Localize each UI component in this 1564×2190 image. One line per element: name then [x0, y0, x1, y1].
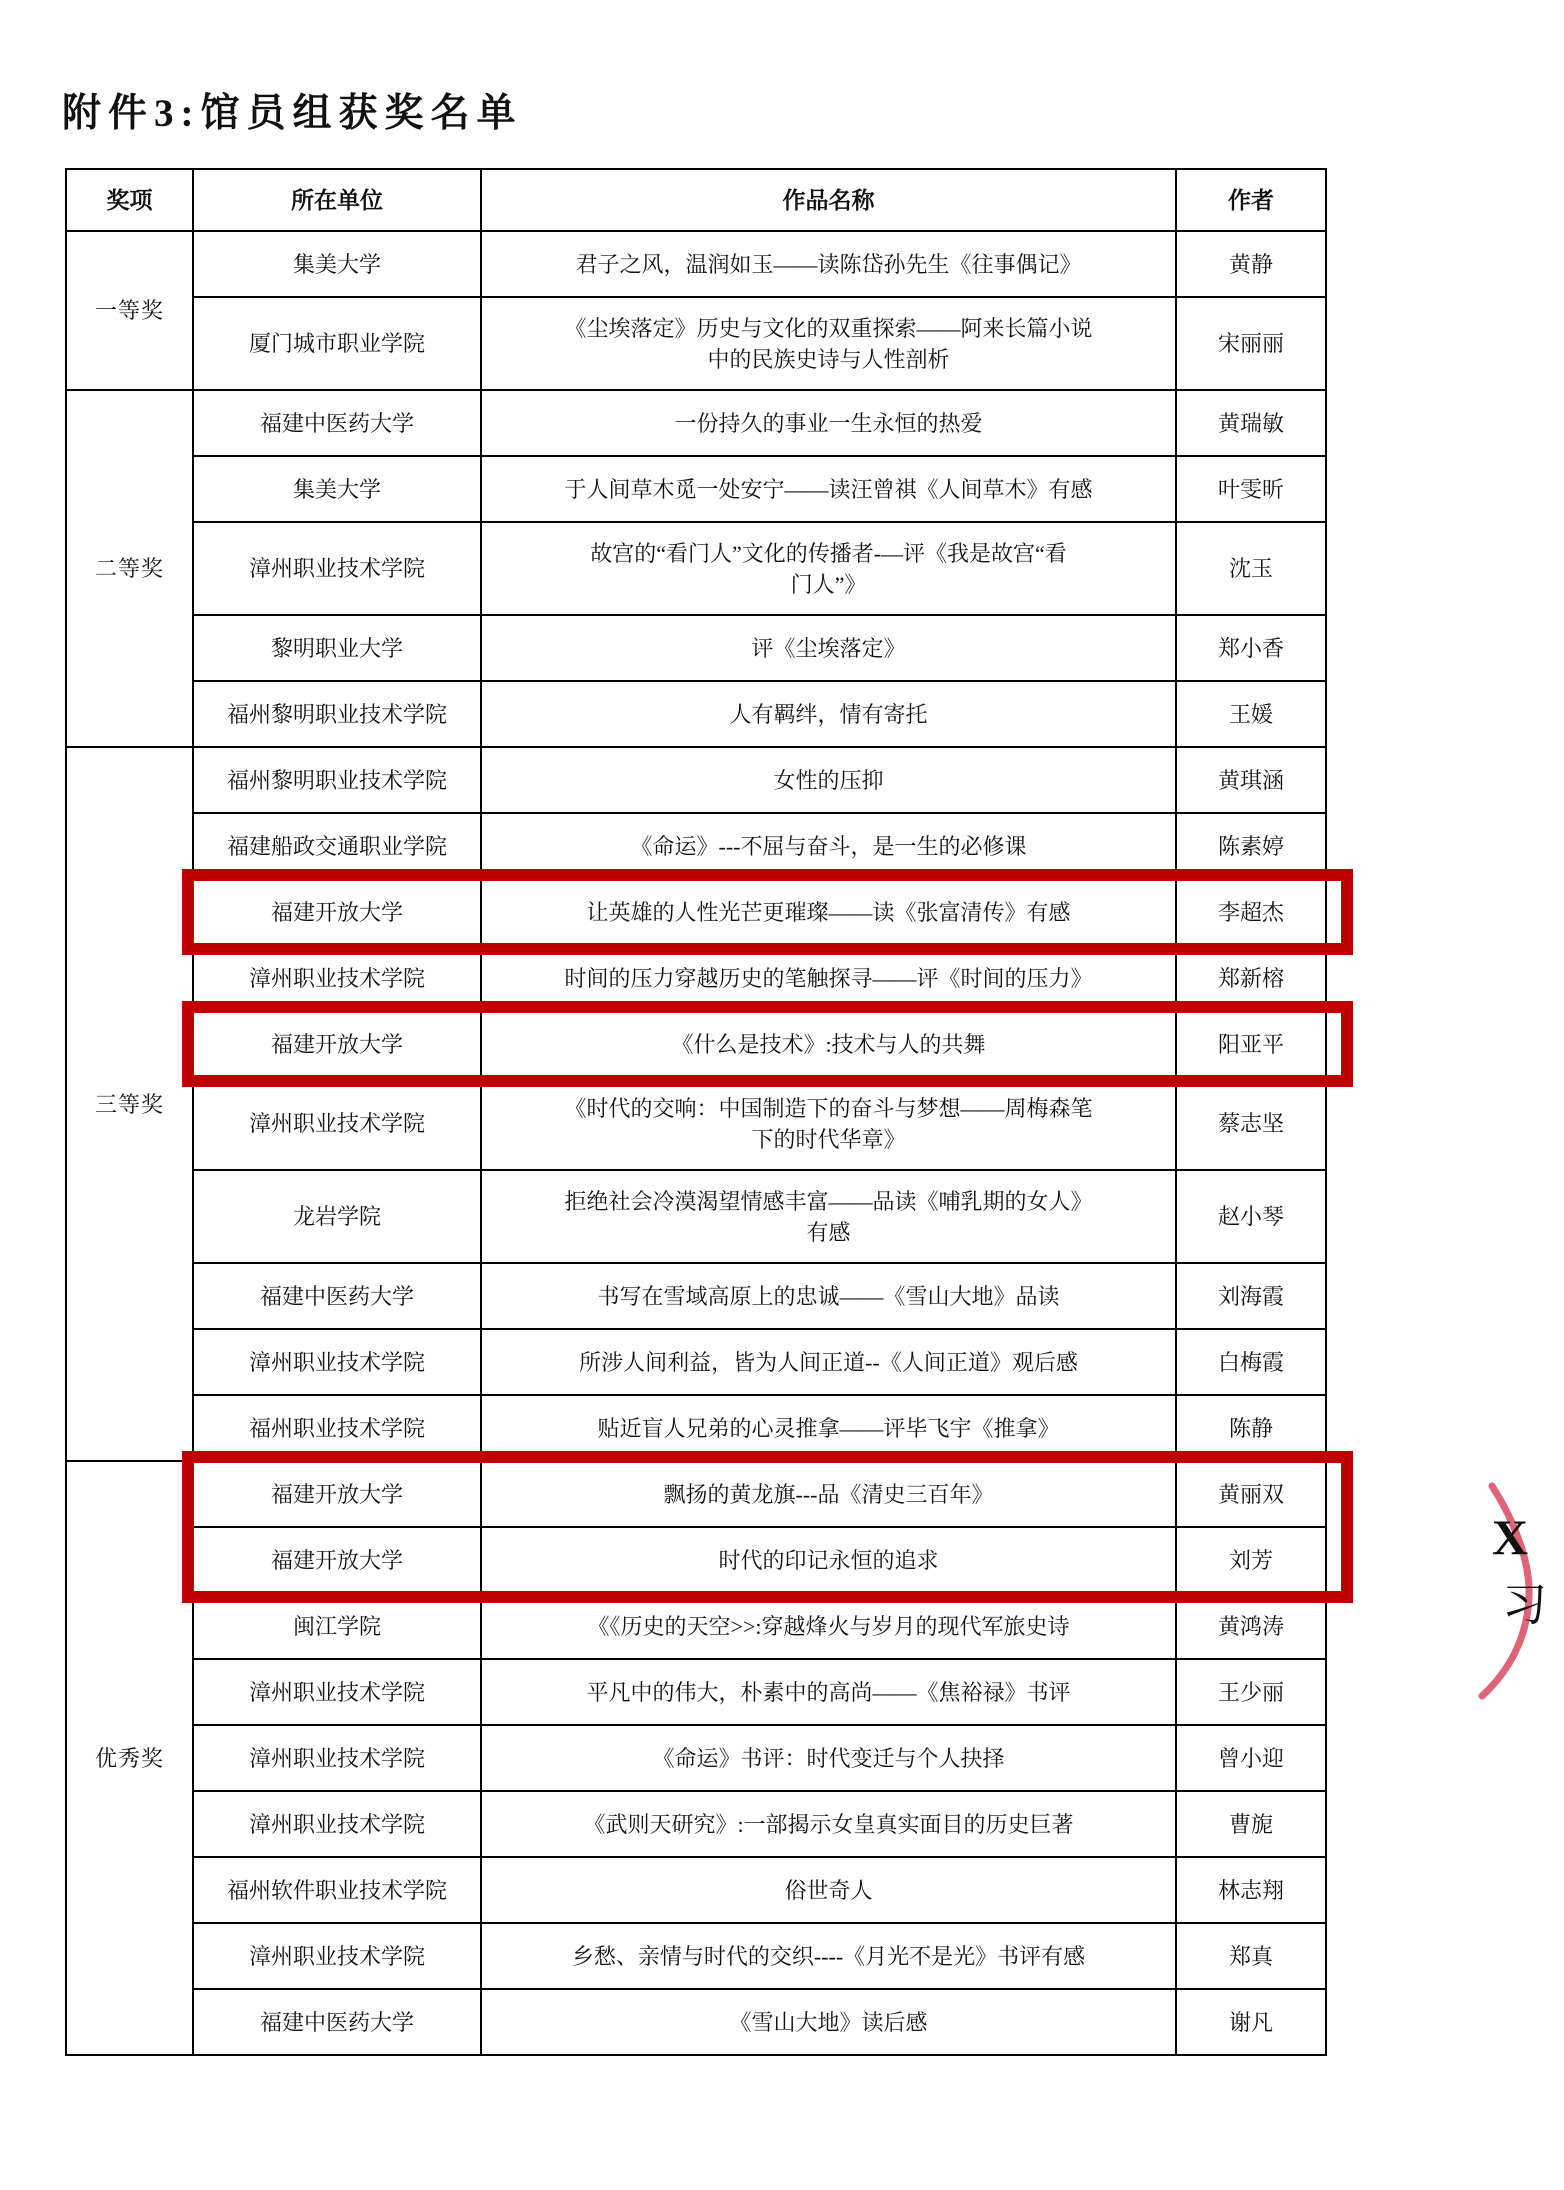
institution-cell: 福建开放大学: [193, 1461, 481, 1527]
table-row: 漳州职业技术学院《时代的交响：中国制造下的奋斗与梦想——周梅森笔 下的时代华章》…: [66, 1077, 1326, 1170]
author-cell: 白梅霞: [1176, 1329, 1326, 1395]
work-title-cell: 平凡中的伟大，朴素中的高尚——《焦裕禄》书评: [481, 1659, 1176, 1725]
work-title-cell: 女性的压抑: [481, 747, 1176, 813]
institution-cell: 福州黎明职业技术学院: [193, 747, 481, 813]
work-title-cell: 《《历史的天空>>:穿越烽火与岁月的现代军旅史诗: [481, 1593, 1176, 1659]
institution-cell: 福州职业技术学院: [193, 1395, 481, 1461]
author-cell: 郑真: [1176, 1923, 1326, 1989]
document-page: 附件3:馆员组获奖名单 奖项 所在单位 作品名称 作者 一等奖集美大学君子之风，…: [0, 0, 1564, 2190]
work-title-cell: 《时代的交响：中国制造下的奋斗与梦想——周梅森笔 下的时代华章》: [481, 1077, 1176, 1170]
author-cell: 曹旎: [1176, 1791, 1326, 1857]
table-row: 集美大学于人间草木觅一处安宁——读汪曾祺《人间草木》有感叶雯昕: [66, 456, 1326, 522]
work-title-cell: 于人间草木觅一处安宁——读汪曾祺《人间草木》有感: [481, 456, 1176, 522]
work-title-cell: 乡愁、亲情与时代的交织----《月光不是光》书评有感: [481, 1923, 1176, 1989]
work-title-cell: 《尘埃落定》历史与文化的双重探索——阿来长篇小说 中的民族史诗与人性剖析: [481, 297, 1176, 390]
author-cell: 陈静: [1176, 1395, 1326, 1461]
table-row: 漳州职业技术学院乡愁、亲情与时代的交织----《月光不是光》书评有感郑真: [66, 1923, 1326, 1989]
author-cell: 黄琪涵: [1176, 747, 1326, 813]
table-row: 漳州职业技术学院平凡中的伟大，朴素中的高尚——《焦裕禄》书评王少丽: [66, 1659, 1326, 1725]
institution-cell: 集美大学: [193, 456, 481, 522]
header-row: 奖项 所在单位 作品名称 作者: [66, 169, 1326, 231]
institution-cell: 漳州职业技术学院: [193, 945, 481, 1011]
institution-cell: 漳州职业技术学院: [193, 522, 481, 615]
author-cell: 刘海霞: [1176, 1263, 1326, 1329]
award-group-label: 三等奖: [66, 747, 193, 1461]
institution-cell: 福建中医药大学: [193, 1989, 481, 2055]
table-row: 福州职业技术学院贴近盲人兄弟的心灵推拿——评毕飞宇《推拿》陈静: [66, 1395, 1326, 1461]
institution-cell: 福建中医药大学: [193, 390, 481, 456]
page-title: 附件3:馆员组获奖名单: [62, 82, 523, 138]
institution-cell: 黎明职业大学: [193, 615, 481, 681]
award-group-label: 一等奖: [66, 231, 193, 390]
author-cell: 王少丽: [1176, 1659, 1326, 1725]
work-title-cell: 贴近盲人兄弟的心灵推拿——评毕飞宇《推拿》: [481, 1395, 1176, 1461]
work-title-cell: 《什么是技术》:技术与人的共舞: [481, 1011, 1176, 1077]
table-row: 龙岩学院拒绝社会冷漠渴望情感丰富——品读《哺乳期的女人》 有感赵小琴: [66, 1170, 1326, 1263]
author-cell: 谢凡: [1176, 1989, 1326, 2055]
table-row: 福建开放大学让英雄的人性光芒更璀璨——读《张富清传》有感李超杰: [66, 879, 1326, 945]
table-row: 三等奖福州黎明职业技术学院女性的压抑黄琪涵: [66, 747, 1326, 813]
institution-cell: 福建船政交通职业学院: [193, 813, 481, 879]
work-title-cell: 时间的压力穿越历史的笔触探寻——评《时间的压力》: [481, 945, 1176, 1011]
institution-cell: 闽江学院: [193, 1593, 481, 1659]
work-title-cell: 时代的印记永恒的追求: [481, 1527, 1176, 1593]
award-group-label: 优秀奖: [66, 1461, 193, 2055]
author-cell: 沈玉: [1176, 522, 1326, 615]
institution-cell: 漳州职业技术学院: [193, 1923, 481, 1989]
table-row: 漳州职业技术学院故宫的“看门人”文化的传播者-—评《我是故宫“看 门人”》沈玉: [66, 522, 1326, 615]
header-author: 作者: [1176, 169, 1326, 231]
work-title-cell: 评《尘埃落定》: [481, 615, 1176, 681]
table-row: 福州软件职业技术学院俗世奇人林志翔: [66, 1857, 1326, 1923]
work-title-cell: 一份持久的事业一生永恒的热爱: [481, 390, 1176, 456]
table-row: 福建开放大学《什么是技术》:技术与人的共舞阳亚平: [66, 1011, 1326, 1077]
institution-cell: 漳州职业技术学院: [193, 1725, 481, 1791]
author-cell: 王媛: [1176, 681, 1326, 747]
work-title-cell: 《命运》书评：时代变迁与个人抉择: [481, 1725, 1176, 1791]
header-award: 奖项: [66, 169, 193, 231]
author-cell: 黄静: [1176, 231, 1326, 297]
author-cell: 叶雯昕: [1176, 456, 1326, 522]
table-row: 二等奖福建中医药大学一份持久的事业一生永恒的热爱黄瑞敏: [66, 390, 1326, 456]
awards-table: 奖项 所在单位 作品名称 作者 一等奖集美大学君子之风，温润如玉——读陈岱孙先生…: [65, 168, 1327, 2056]
institution-cell: 福建开放大学: [193, 1527, 481, 1593]
table-row: 厦门城市职业学院《尘埃落定》历史与文化的双重探索——阿来长篇小说 中的民族史诗与…: [66, 297, 1326, 390]
author-cell: 刘芳: [1176, 1527, 1326, 1593]
table-row: 福州黎明职业技术学院人有羁绊，情有寄托王媛: [66, 681, 1326, 747]
work-title-cell: 所涉人间利益，皆为人间正道--《人间正道》观后感: [481, 1329, 1176, 1395]
institution-cell: 漳州职业技术学院: [193, 1791, 481, 1857]
work-title-cell: 《命运》---不屈与奋斗，是一生的必修课: [481, 813, 1176, 879]
institution-cell: 龙岩学院: [193, 1170, 481, 1263]
institution-cell: 集美大学: [193, 231, 481, 297]
author-cell: 蔡志坚: [1176, 1077, 1326, 1170]
work-title-cell: 君子之风，温润如玉——读陈岱孙先生《往事偶记》: [481, 231, 1176, 297]
table-row: 一等奖集美大学君子之风，温润如玉——读陈岱孙先生《往事偶记》黄静: [66, 231, 1326, 297]
work-title-cell: 拒绝社会冷漠渴望情感丰富——品读《哺乳期的女人》 有感: [481, 1170, 1176, 1263]
institution-cell: 福建中医药大学: [193, 1263, 481, 1329]
author-cell: 宋丽丽: [1176, 297, 1326, 390]
table-row: 黎明职业大学评《尘埃落定》郑小香: [66, 615, 1326, 681]
table-row: 福建开放大学时代的印记永恒的追求刘芳: [66, 1527, 1326, 1593]
table-row: 漳州职业技术学院《命运》书评：时代变迁与个人抉择曾小迎: [66, 1725, 1326, 1791]
table-row: 漳州职业技术学院《武则天研究》:一部揭示女皇真实面目的历史巨著曹旎: [66, 1791, 1326, 1857]
author-cell: 李超杰: [1176, 879, 1326, 945]
table-row: 闽江学院《《历史的天空>>:穿越烽火与岁月的现代军旅史诗黄鸿涛: [66, 1593, 1326, 1659]
author-cell: 郑小香: [1176, 615, 1326, 681]
work-title-cell: 《武则天研究》:一部揭示女皇真实面目的历史巨著: [481, 1791, 1176, 1857]
table-row: 优秀奖福建开放大学飘扬的黄龙旗---品《清史三百年》黄丽双: [66, 1461, 1326, 1527]
institution-cell: 福州黎明职业技术学院: [193, 681, 481, 747]
institution-cell: 厦门城市职业学院: [193, 297, 481, 390]
stamp-character: 习: [1502, 1568, 1547, 1633]
institution-cell: 漳州职业技术学院: [193, 1077, 481, 1170]
work-title-cell: 飘扬的黄龙旗---品《清史三百年》: [481, 1461, 1176, 1527]
author-cell: 黄瑞敏: [1176, 390, 1326, 456]
table-row: 福建中医药大学《雪山大地》读后感谢凡: [66, 1989, 1326, 2055]
institution-cell: 福建开放大学: [193, 1011, 481, 1077]
author-cell: 曾小迎: [1176, 1725, 1326, 1791]
institution-cell: 福州软件职业技术学院: [193, 1857, 481, 1923]
author-cell: 黄丽双: [1176, 1461, 1326, 1527]
author-cell: 阳亚平: [1176, 1011, 1326, 1077]
institution-cell: 福建开放大学: [193, 879, 481, 945]
author-cell: 赵小琴: [1176, 1170, 1326, 1263]
header-institution: 所在单位: [193, 169, 481, 231]
author-cell: 黄鸿涛: [1176, 1593, 1326, 1659]
table-row: 漳州职业技术学院所涉人间利益，皆为人间正道--《人间正道》观后感白梅霞: [66, 1329, 1326, 1395]
work-title-cell: 俗世奇人: [481, 1857, 1176, 1923]
table-row: 福建中医药大学书写在雪域高原上的忠诚——《雪山大地》品读刘海霞: [66, 1263, 1326, 1329]
institution-cell: 漳州职业技术学院: [193, 1659, 481, 1725]
work-title-cell: 故宫的“看门人”文化的传播者-—评《我是故宫“看 门人”》: [481, 522, 1176, 615]
author-cell: 郑新榕: [1176, 945, 1326, 1011]
work-title-cell: 人有羁绊，情有寄托: [481, 681, 1176, 747]
award-group-label: 二等奖: [66, 390, 193, 747]
institution-cell: 漳州职业技术学院: [193, 1329, 481, 1395]
header-work-title: 作品名称: [481, 169, 1176, 231]
table-row: 福建船政交通职业学院《命运》---不屈与奋斗，是一生的必修课陈素婷: [66, 813, 1326, 879]
stamp-letter-x: X: [1492, 1508, 1528, 1566]
work-title-cell: 《雪山大地》读后感: [481, 1989, 1176, 2055]
table-row: 漳州职业技术学院时间的压力穿越历史的笔触探寻——评《时间的压力》郑新榕: [66, 945, 1326, 1011]
work-title-cell: 书写在雪域高原上的忠诚——《雪山大地》品读: [481, 1263, 1176, 1329]
author-cell: 陈素婷: [1176, 813, 1326, 879]
work-title-cell: 让英雄的人性光芒更璀璨——读《张富清传》有感: [481, 879, 1176, 945]
author-cell: 林志翔: [1176, 1857, 1326, 1923]
